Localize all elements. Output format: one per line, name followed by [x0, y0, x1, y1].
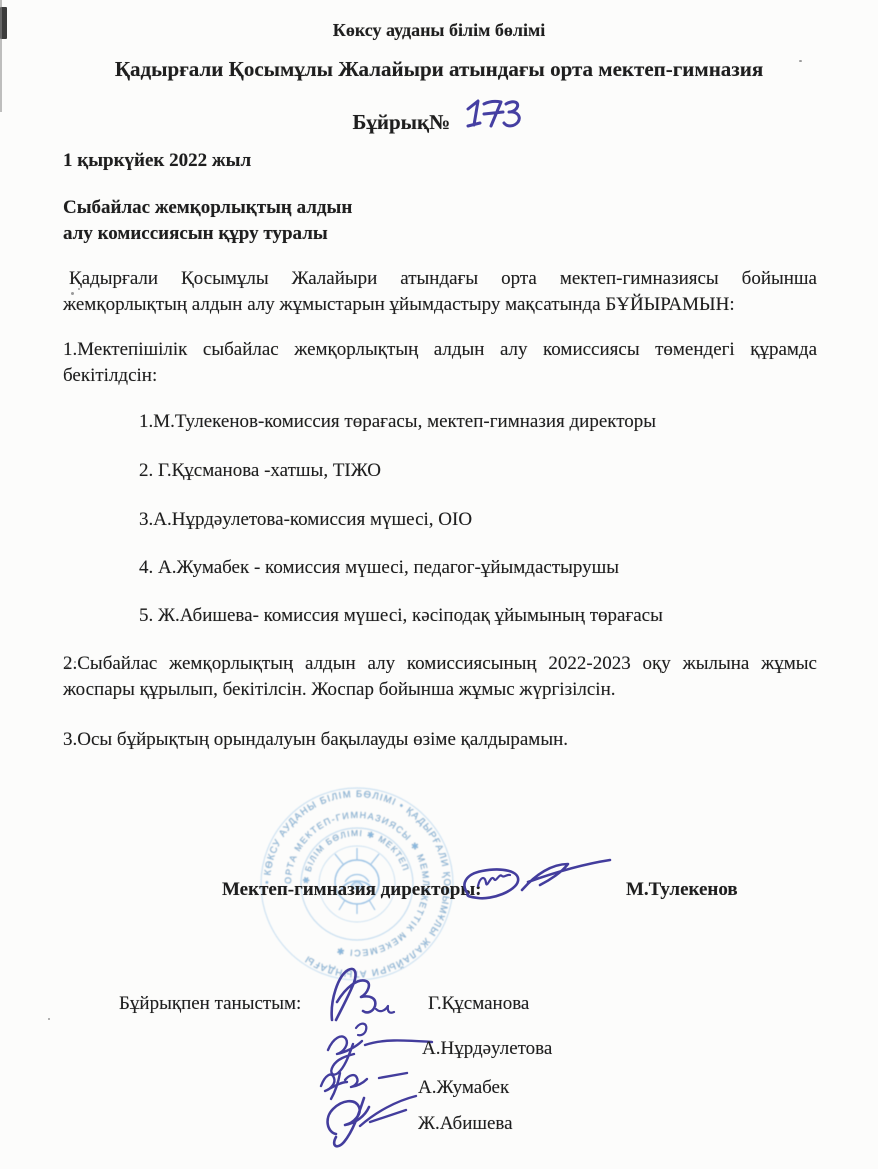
director-name: М.Тулекенов: [626, 879, 738, 901]
subject-line-2: алу комиссиясын құру туралы: [63, 223, 328, 245]
director-label: Мектеп-гимназия директоры:: [222, 879, 482, 901]
member-row: 4. А.Жумабек - комиссия мүшесі, педагог-…: [139, 557, 619, 579]
member-row: 5. Ж.Абишева- комиссия мүшесі, кәсіподақ…: [139, 605, 663, 627]
date-line: 1 қыркүйек 2022 жыл: [63, 150, 251, 172]
order-number-line: Бұйрық№: [0, 95, 878, 135]
member-row: 1.М.Тулекенов-комиссия төрағасы, мектеп-…: [139, 411, 656, 433]
intro-paragraph: Қадырғали Қосымұлы Жалайыри атындағы орт…: [63, 266, 817, 317]
acknowledgement-name: Ж.Абишева: [418, 1113, 513, 1135]
order-label: Бұйрық№: [352, 110, 450, 134]
acknowledgement-label: Бұйрықпен таныстым:: [119, 993, 301, 1015]
subject-line-1: Сыбайлас жемқорлықтың алдын: [63, 197, 352, 219]
acknowledgement-name: А.Жумабек: [418, 1077, 509, 1099]
handwritten-order-number: [464, 97, 526, 137]
member-row: 2. Г.Құсманова -хатшы, ТІЖО: [139, 460, 381, 482]
acknowledgement-name: А.Нұрдәулетова: [422, 1038, 552, 1060]
director-signature: [452, 852, 622, 916]
member-row: 3.А.Нұрдәулетова-комиссия мүшесі, ОІО: [139, 509, 472, 531]
order-item-2: 2.Сыбайлас жемқорлықтың алдын алу комисс…: [63, 651, 817, 702]
order-item-3: 3.Осы бұйрықтың орындалуын бақылауды өзі…: [63, 727, 817, 753]
school-name-line: Қадырғали Қосымұлы Жалайыри атындағы орт…: [0, 57, 878, 82]
acknowledgement-name: Г.Құсманова: [428, 993, 529, 1015]
order-item-1: 1.Мектепішілік сыбайлас жемқорлықтың алд…: [63, 337, 817, 388]
stamp-ring-text-inner: ✱ БІЛІМ БӨЛІМІ ✱ МЕКТЕП: [301, 828, 411, 884]
signature-abisheva: [318, 1088, 423, 1150]
scanned-order-document: Көксу ауданы білім бөлімі Қадырғали Қосы…: [0, 0, 878, 1169]
org-department-line: Көксу ауданы білім бөлімі: [0, 20, 878, 41]
handwritten-number-ink: [464, 97, 526, 131]
scan-speck: [48, 1018, 50, 1020]
